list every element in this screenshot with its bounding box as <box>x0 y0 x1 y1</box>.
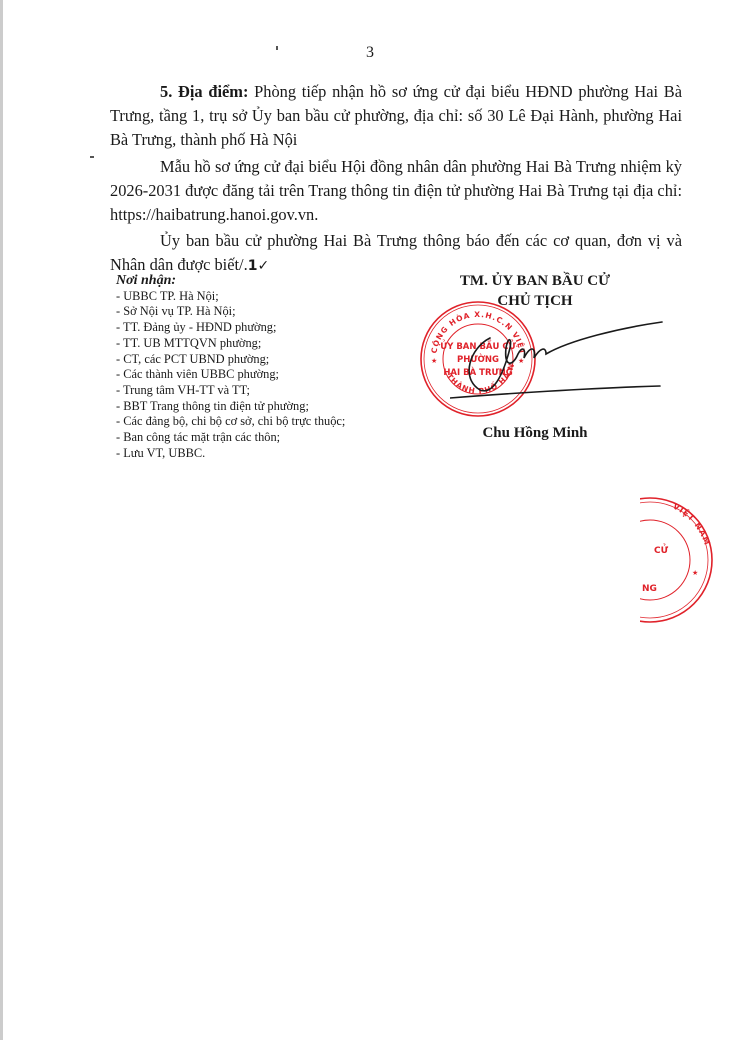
recipient-item: - Trung tâm VH-TT và TT; <box>116 383 345 399</box>
partial-seal-fragment: CỬ <box>654 543 669 556</box>
svg-text:★: ★ <box>692 569 698 577</box>
partial-seal-fragment: NG <box>642 584 657 594</box>
svg-text:★: ★ <box>431 357 437 365</box>
recipient-item: - Ban công tác mặt trận các thôn; <box>116 430 345 446</box>
recipient-item: - BBT Trang thông tin điện tử phường; <box>116 399 345 415</box>
recipients-list: Nơi nhận: - UBBC TP. Hà Nội; - Sở Nội vụ… <box>116 273 345 461</box>
handwritten-signature-icon <box>450 318 665 408</box>
paragraph-template-info: Mẫu hồ sơ ứng cử đại biểu Hội đồng nhân … <box>110 155 682 228</box>
recipients-title: Nơi nhận: <box>116 273 345 289</box>
signer-name: Chu Hồng Minh <box>460 425 610 442</box>
recipient-item: - Các thành viên UBBC phường; <box>116 367 345 383</box>
page-number: 3 <box>0 44 740 62</box>
item-5-label: 5. Địa điểm: <box>160 82 248 101</box>
scan-edge <box>0 0 3 1040</box>
recipient-item: - Các đảng bộ, chi bộ cơ sở, chi bộ trực… <box>116 414 345 430</box>
signature-org: TM. ỦY BAN BẦU CỬ <box>430 271 640 291</box>
recipient-item: - Lưu VT, UBBC. <box>116 446 345 462</box>
scan-speck <box>90 156 94 158</box>
item-5-paragraph: 5. Địa điểm: Phòng tiếp nhận hồ sơ ứng c… <box>110 80 682 153</box>
recipient-item: - Sở Nội vụ TP. Hà Nội; <box>116 304 345 320</box>
partial-seal-arc-text: VIỆT NAM <box>671 502 711 547</box>
svg-text:VIỆT NAM: VIỆT NAM <box>671 502 711 547</box>
recipient-item: - UBBC TP. Hà Nội; <box>116 289 345 305</box>
recipient-item: - CT, các PCT UBND phường; <box>116 352 345 368</box>
recipient-item: - TT. UB MTTQVN phường; <box>116 336 345 352</box>
recipient-item: - TT. Đảng ủy - HĐND phường; <box>116 320 345 336</box>
notice-text: Ủy ban bầu cử phường Hai Bà Trưng thông … <box>110 231 682 274</box>
partial-seal-icon: VIỆT NAM CỬ NG ★ <box>640 495 740 625</box>
document-body: 5. Địa điểm: Phòng tiếp nhận hồ sơ ứng c… <box>110 80 682 281</box>
